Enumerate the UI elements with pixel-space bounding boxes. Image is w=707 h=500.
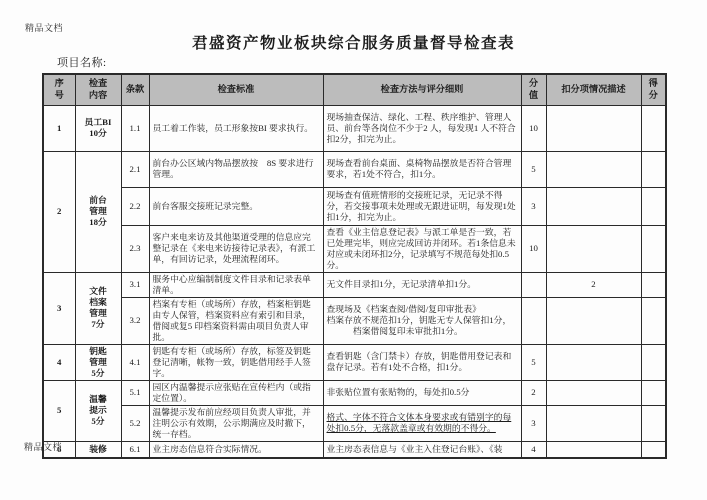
- score-cell: 3: [521, 405, 546, 441]
- seq-cell: 4: [43, 344, 75, 380]
- standard-cell: 园区内温馨提示应张贴在宣传栏内（或指定位置）。: [149, 380, 323, 405]
- content-cell: 员工BI 10分: [75, 105, 121, 151]
- gain-cell: [641, 441, 666, 458]
- header-score: 分 值: [521, 74, 546, 105]
- deduction-cell: [546, 225, 641, 272]
- header-content: 检查 内容: [75, 74, 121, 105]
- score-cell: 10: [521, 105, 546, 151]
- method-cell: 非张贴位置有张贴物的，每处扣0.5分: [323, 380, 521, 405]
- method-cell: 查看《业主信息登记表》与派工单是否一致，若已处理完毕，则应完成回访并闭环。若1条…: [323, 225, 521, 272]
- header-deduction: 扣分项情况描述: [546, 74, 641, 105]
- deduction-cell: [546, 105, 641, 151]
- deduction-cell: [546, 297, 641, 344]
- score-cell: 5: [521, 344, 546, 380]
- standard-cell: 服务中心应编制制度文件目录和记录表单清单。: [149, 272, 323, 297]
- score-cell: [521, 272, 546, 297]
- table-row: 4 钥匙 管理 5分 4.1 钥匙有专柜（或场所）存放，标签及钥匙登记清晰，帐物…: [43, 344, 666, 380]
- deduction-cell: [546, 441, 641, 458]
- page-title: 君盛资产物业板块综合服务质量督导检查表: [0, 31, 707, 53]
- content-cell: 钥匙 管理 5分: [75, 344, 121, 380]
- clause-cell: 2.1: [121, 151, 149, 187]
- clause-cell: 6.1: [121, 441, 149, 458]
- gain-cell: [641, 151, 666, 187]
- clause-cell: 5.1: [121, 380, 149, 405]
- score-cell: 10: [521, 225, 546, 272]
- method-cell: 查看钥匙（含门禁卡）存放，钥匙借用登记表和盘存记录。若有1处不合格，扣1分。: [323, 344, 521, 380]
- gain-cell: [641, 187, 666, 225]
- header-gain: 得 分: [641, 74, 666, 105]
- deduction-cell: [546, 405, 641, 441]
- project-name-label: 项目名称:: [57, 54, 107, 70]
- seq-cell: 1: [43, 105, 75, 151]
- gain-cell: [641, 344, 666, 380]
- clause-cell: 1.1: [121, 105, 149, 151]
- table-row: 3 文件 档案 管理 7分 3.1 服务中心应编制制度文件目录和记录表单清单。 …: [43, 272, 666, 297]
- method-cell: 现场查看前台桌面、桌椅物品摆放是否符合管理要求，若1处不符合，扣1分。: [323, 151, 521, 187]
- standard-cell: 钥匙有专柜（或场所）存放，标签及钥匙登记清晰，帐物一致，钥匙借用经手人签字。: [149, 344, 323, 380]
- clause-cell: 2.3: [121, 225, 149, 272]
- gain-cell: [641, 297, 666, 344]
- table-header-row: 序 号 检查 内容 条款 检查标准 检查方法与评分细则 分 值 扣分项情况描述 …: [43, 74, 666, 105]
- score-cell: 4: [521, 441, 546, 458]
- score-cell: 3: [521, 187, 546, 225]
- method-cell: 现场抽查保洁、绿化、工程、秩序维护、管理人员、前台等各岗位不少于2 人，每发现1…: [323, 105, 521, 151]
- document-page: 精品文档 君盛资产物业板块综合服务质量督导检查表 项目名称: 序 号 检查 内容…: [0, 0, 707, 500]
- score-cell: 2: [521, 380, 546, 405]
- table-row: 2.3 客户来电来访及其他渠道受理的信息应完整记录在《来电来访接待记录表》，有派…: [43, 225, 666, 272]
- method-cell: 现场查有值班情形的交接班记录，无记录不得分，若交接事项未处理或无跟进证明，每发现…: [323, 187, 521, 225]
- standard-cell: 温馨提示发布前应经项目负责人审批，并注明公示有效期，公示期满应及时撤下，统一存档…: [149, 405, 323, 441]
- method-cell: 业主房态表信息与《业主入住登记台账》、《装: [323, 441, 521, 458]
- gain-cell: [641, 105, 666, 151]
- table-row: 2.2 前台客服交接班记录完整。 现场查有值班情形的交接班记录，无记录不得分，若…: [43, 187, 666, 225]
- standard-cell: 档案有专柜（或场所）存放，档案柜钥匙由专人保管，档案资料应有索引和目录，借阅或复…: [149, 297, 323, 344]
- deduction-cell: [546, 151, 641, 187]
- standard-cell: 前台客服交接班记录完整。: [149, 187, 323, 225]
- standard-cell: 业主房态信息符合实际情况。: [149, 441, 323, 458]
- content-cell: 装修: [75, 441, 121, 458]
- gain-cell: [641, 380, 666, 405]
- gain-cell: [641, 272, 666, 297]
- deduction-cell: 2: [546, 272, 641, 297]
- method-cell: 无文件目录扣1分，无记录清单扣1分。: [323, 272, 521, 297]
- table-row: 6 装修 6.1 业主房态信息符合实际情况。 业主房态表信息与《业主入住登记台账…: [43, 441, 666, 458]
- clause-cell: 2.2: [121, 187, 149, 225]
- content-cell: 文件 档案 管理 7分: [75, 272, 121, 344]
- clause-cell: 3.1: [121, 272, 149, 297]
- gain-cell: [641, 405, 666, 441]
- standard-cell: 员工着工作装，员工形象按BI 要求执行。: [149, 105, 323, 151]
- seq-cell: 2: [43, 151, 75, 272]
- standard-cell: 客户来电来访及其他渠道受理的信息应完整记录在《来电来访接待记录表》，有派工单，有…: [149, 225, 323, 272]
- method-cell: 查现场及《档案查阅/借阅/复印审批表》 档案存放不规范扣1分，钥匙无专人保管扣1…: [323, 297, 521, 344]
- table-row: 5.2 温馨提示发布前应经项目负责人审批，并注明公示有效期，公示期满应及时撤下，…: [43, 405, 666, 441]
- seq-cell: 5: [43, 380, 75, 441]
- score-cell: [521, 297, 546, 344]
- table-row: 2 前台 管理 18分 2.1 前台办公区域内物品摆放按 8S 要求进行管理。 …: [43, 151, 666, 187]
- header-clause: 条款: [121, 74, 149, 105]
- seq-cell: 3: [43, 272, 75, 344]
- watermark-bottom: 精品文档: [24, 440, 62, 453]
- standard-cell: 前台办公区域内物品摆放按 8S 要求进行管理。: [149, 151, 323, 187]
- method-cell: 格式、字体不符合文体本身要求或有错别字的每处扣0.5分，无落款盖章或有效期的不得…: [323, 405, 521, 441]
- deduction-cell: [546, 344, 641, 380]
- content-cell: 温馨 提示 5分: [75, 380, 121, 441]
- header-standard: 检查标准: [149, 74, 323, 105]
- clause-cell: 4.1: [121, 344, 149, 380]
- header-seq: 序 号: [43, 74, 75, 105]
- inspection-table: 序 号 检查 内容 条款 检查标准 检查方法与评分细则 分 值 扣分项情况描述 …: [42, 73, 667, 459]
- deduction-cell: [546, 380, 641, 405]
- content-cell: 前台 管理 18分: [75, 151, 121, 272]
- table-row: 3.2 档案有专柜（或场所）存放，档案柜钥匙由专人保管，档案资料应有索引和目录，…: [43, 297, 666, 344]
- score-cell: 5: [521, 151, 546, 187]
- clause-cell: 3.2: [121, 297, 149, 344]
- deduction-cell: [546, 187, 641, 225]
- table-row: 1 员工BI 10分 1.1 员工着工作装，员工形象按BI 要求执行。 现场抽查…: [43, 105, 666, 151]
- clause-cell: 5.2: [121, 405, 149, 441]
- table-row: 5 温馨 提示 5分 5.1 园区内温馨提示应张贴在宣传栏内（或指定位置）。 非…: [43, 380, 666, 405]
- gain-cell: [641, 225, 666, 272]
- header-method: 检查方法与评分细则: [323, 74, 521, 105]
